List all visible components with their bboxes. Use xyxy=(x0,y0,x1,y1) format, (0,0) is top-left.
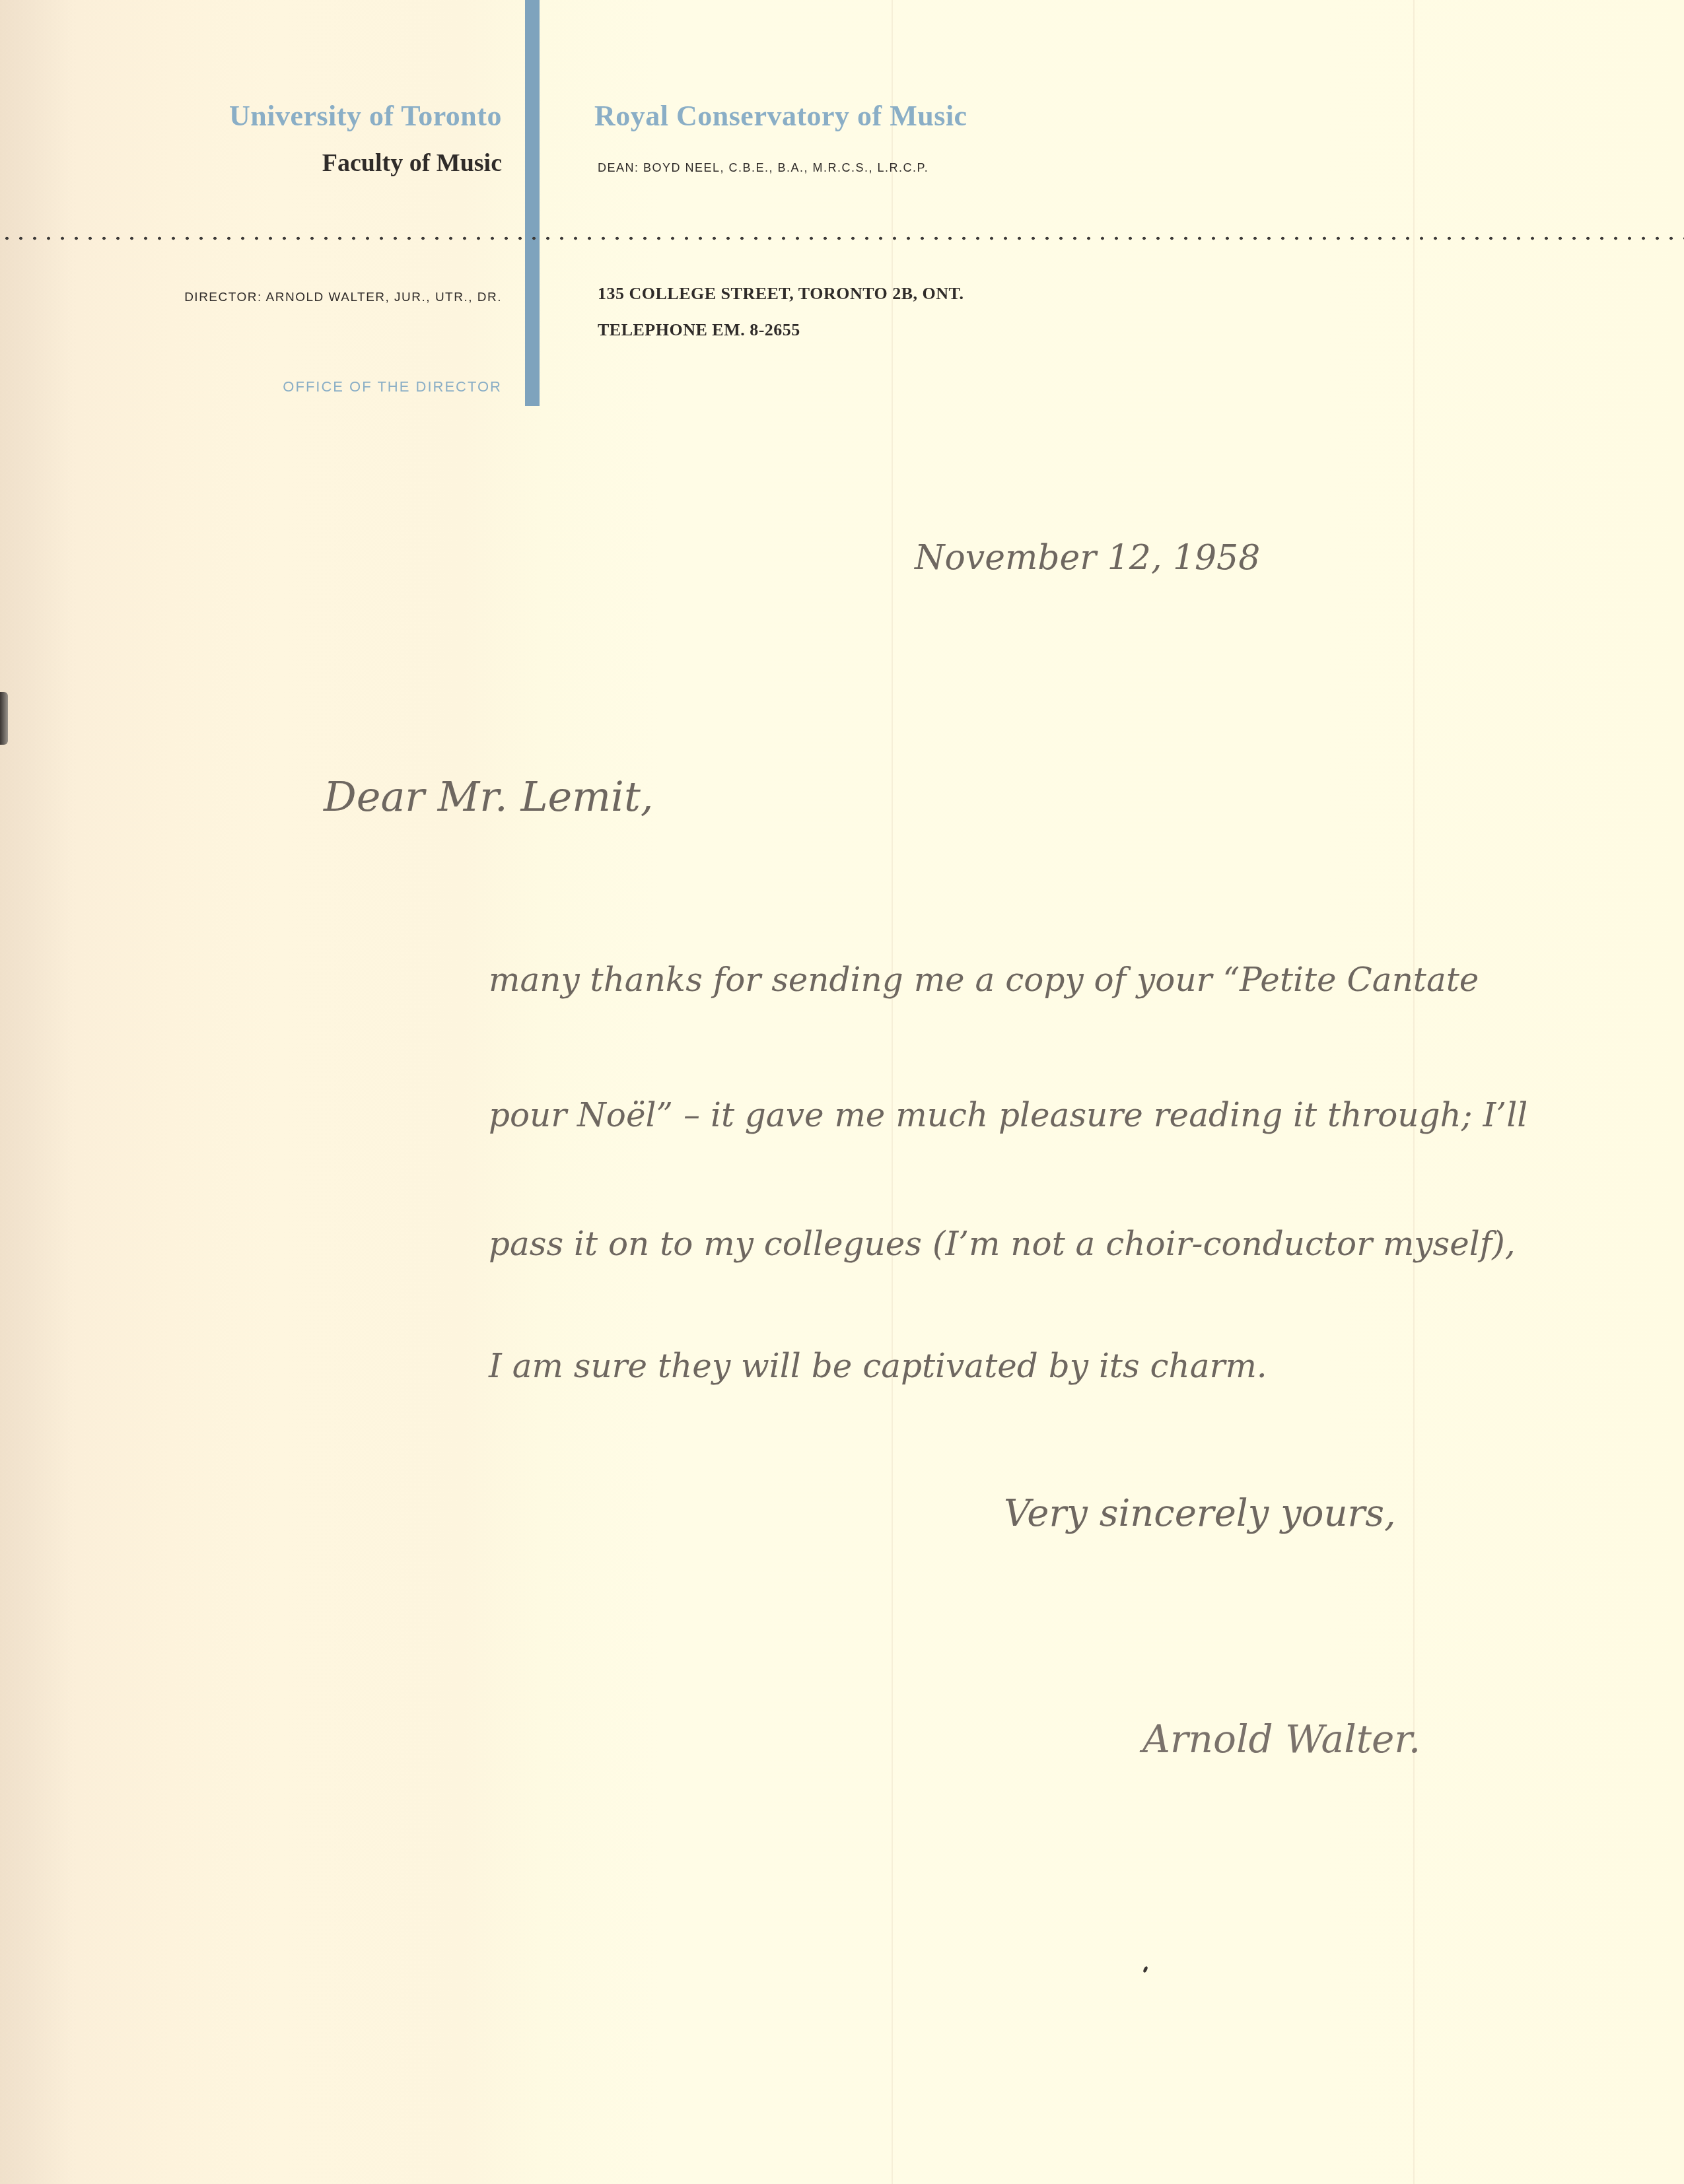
letter-paper: University of Toronto Faculty of Music D… xyxy=(0,0,1684,2184)
street-address: 135 COLLEGE STREET, TORONTO 2B, ONT. xyxy=(598,284,964,304)
director-line: DIRECTOR: ARNOLD WALTER, JUR., UTR., DR. xyxy=(184,290,502,305)
telephone-number: TELEPHONE EM. 8-2655 xyxy=(598,320,800,340)
letterhead-dotted-rule xyxy=(0,236,1684,240)
letter-body-line: many thanks for sending me a copy of you… xyxy=(489,961,1479,999)
paper-fold-shadow xyxy=(0,0,73,2184)
letter-body-line: pass it on to my collegues (I’m not a ch… xyxy=(489,1225,1516,1263)
letter-salutation: Dear Mr. Lemit, xyxy=(324,772,654,821)
letter-signature: Arnold Walter. xyxy=(1142,1717,1421,1761)
faculty-name: Faculty of Music xyxy=(322,149,502,178)
paper-crease xyxy=(892,0,893,2184)
office-line: OFFICE OF THE DIRECTOR xyxy=(283,378,502,395)
letter-date: November 12, 1958 xyxy=(915,538,1260,578)
paper-edge-tear xyxy=(0,692,8,745)
dean-line: DEAN: BOYD NEEL, C.B.E., B.A., M.R.C.S.,… xyxy=(598,161,929,175)
letter-body-line: pour Noël” – it gave me much pleasure re… xyxy=(489,1096,1527,1134)
letterhead-divider-bar xyxy=(525,0,540,406)
paper-crease xyxy=(1413,0,1415,2184)
conservatory-name: Royal Conservatory of Music xyxy=(594,99,967,133)
ink-speck xyxy=(1142,1965,1148,1973)
letter-closing: Very sincerely yours, xyxy=(1004,1492,1396,1535)
letter-body-line: I am sure they will be captivated by its… xyxy=(489,1347,1267,1385)
university-name: University of Toronto xyxy=(229,99,502,133)
